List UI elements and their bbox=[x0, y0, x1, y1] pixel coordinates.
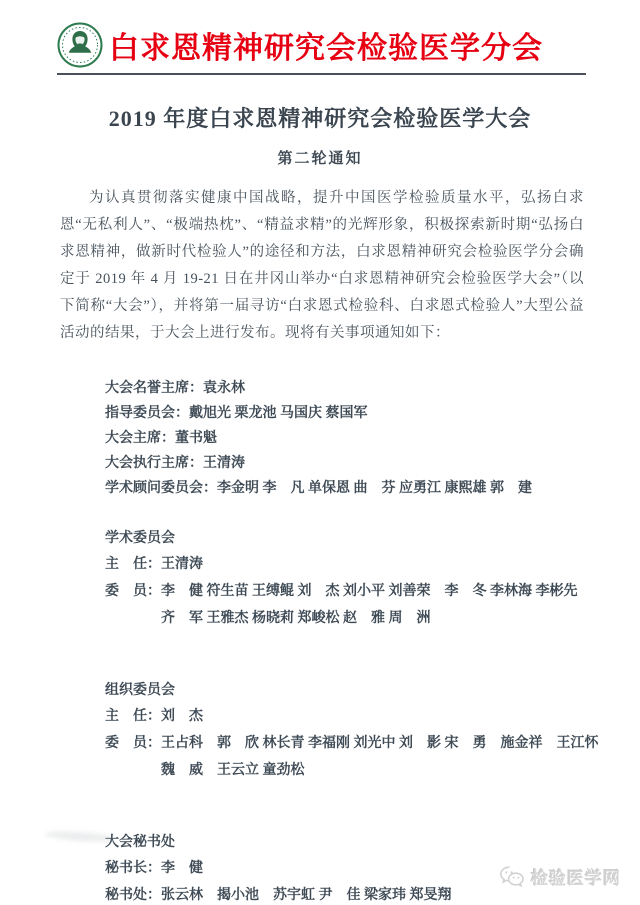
row-names: 王占科 郭 欣 林长青 李福刚 刘光中 刘 影 宋 勇 施金祥 王江怀 魏 威 … bbox=[161, 730, 600, 784]
row-label: 主 任： bbox=[105, 703, 161, 730]
row-names: 王清涛 bbox=[161, 551, 600, 578]
leader-names: 董书魁 bbox=[175, 431, 217, 446]
leader-label: 指导委员会： bbox=[105, 406, 189, 421]
row-label: 主 任： bbox=[105, 551, 161, 578]
section-gap bbox=[105, 632, 600, 653]
row-names: 刘 杰 bbox=[161, 703, 600, 730]
leader-row: 学术顾问委员会：李金明 李 凡 单保恩 曲 芬 应勇江 康熙雄 郭 建 bbox=[105, 476, 600, 501]
names-line: 刘 杰 bbox=[161, 703, 600, 730]
leader-row: 大会执行主席：王清涛 bbox=[105, 451, 600, 476]
leader-names: 袁永林 bbox=[203, 381, 245, 396]
committee-row: 委 员： 王占科 郭 欣 林长青 李福刚 刘光中 刘 影 宋 勇 施金祥 王江怀… bbox=[105, 730, 600, 784]
wechat-icon bbox=[499, 866, 526, 888]
leader-label: 大会执行主席： bbox=[105, 456, 203, 471]
committee-block: 大会名誉主席：袁永林 指导委员会：戴旭光 栗龙池 马国庆 蔡国军 大会主席：董书… bbox=[105, 376, 600, 905]
row-label: 秘书处： bbox=[105, 882, 161, 905]
row-label: 秘书长： bbox=[105, 855, 161, 882]
names-line: 魏 威 王云立 童劲松 bbox=[161, 757, 600, 784]
committee-row: 主 任： 王清涛 bbox=[105, 551, 600, 578]
section-heading-academic: 学术委员会 bbox=[105, 526, 600, 551]
section-heading-secretariat: 大会秘书处 bbox=[105, 830, 600, 855]
committee-row: 主 任： 刘 杰 bbox=[105, 703, 600, 730]
names-line: 王清涛 bbox=[161, 551, 600, 578]
section-gap bbox=[105, 784, 600, 805]
header-divider bbox=[57, 73, 586, 75]
row-label: 委 员： bbox=[105, 730, 161, 757]
names-line: 王占科 郭 欣 林长青 李福刚 刘光中 刘 影 宋 勇 施金祥 王江怀 bbox=[161, 730, 600, 757]
document-page: 白求恩精神研究会检验医学分会 2019 年度白求恩精神研究会检验医学大会 第二轮… bbox=[0, 0, 640, 905]
committee-row: 委 员： 李 健 符生苗 王缚鲲 刘 杰 刘小平 刘善荣 李 冬 李林海 李彬先… bbox=[105, 578, 600, 632]
leader-names: 李金明 李 凡 单保恩 曲 芬 应勇江 康熙雄 郭 建 bbox=[217, 481, 532, 496]
section-heading-organizing: 组织委员会 bbox=[105, 678, 600, 703]
bethune-seal-icon bbox=[57, 22, 103, 68]
names-line: 李 健 符生苗 王缚鲲 刘 杰 刘小平 刘善荣 李 冬 李林海 李彬先 bbox=[161, 578, 600, 605]
leader-label: 大会主席： bbox=[105, 431, 175, 446]
row-label: 委 员： bbox=[105, 578, 161, 605]
watermark-text: 检验医学网 bbox=[531, 864, 621, 889]
leader-row: 大会主席：董书魁 bbox=[105, 426, 600, 451]
leader-row: 指导委员会：戴旭光 栗龙池 马国庆 蔡国军 bbox=[105, 401, 600, 426]
leader-label: 大会名誉主席： bbox=[105, 381, 203, 396]
doc-title: 2019 年度白求恩精神研究会检验医学大会 bbox=[0, 102, 640, 133]
names-line: 齐 军 王雅杰 杨晓莉 郑峻松 赵 雅 周 洲 bbox=[161, 605, 600, 632]
row-names: 李 健 符生苗 王缚鲲 刘 杰 刘小平 刘善荣 李 冬 李林海 李彬先 齐 军 … bbox=[161, 578, 600, 632]
doc-subtitle: 第二轮通知 bbox=[0, 147, 640, 168]
watermark: 检验医学网 bbox=[499, 864, 621, 889]
leader-label: 学术顾问委员会： bbox=[105, 481, 217, 496]
leader-row: 大会名誉主席：袁永林 bbox=[105, 376, 600, 401]
org-name: 白求恩精神研究会检验医学分会 bbox=[109, 23, 543, 67]
intro-paragraph: 为认真贯彻落实健康中国战略，提升中国医学检验质量水平，弘扬白求恩“无私利人”、“… bbox=[60, 185, 584, 347]
leader-names: 王清涛 bbox=[203, 456, 245, 471]
leader-names: 戴旭光 栗龙池 马国庆 蔡国军 bbox=[189, 406, 368, 421]
org-header: 白求恩精神研究会检验医学分会 bbox=[0, 0, 640, 68]
